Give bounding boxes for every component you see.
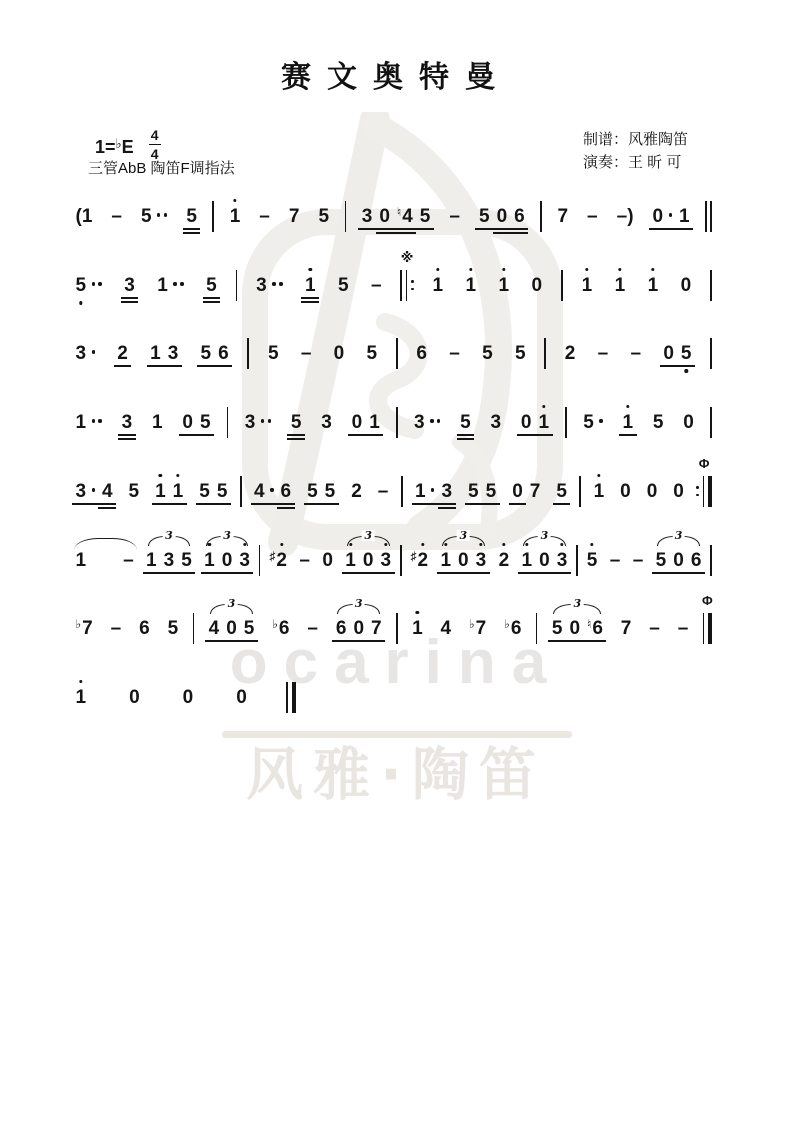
accidental-icon: ♭ xyxy=(469,617,475,631)
underline xyxy=(493,228,511,230)
note-group: 05 xyxy=(660,344,695,363)
barline-stroke xyxy=(708,476,712,507)
note-digit: – xyxy=(630,344,641,363)
barline-stroke xyxy=(286,682,288,713)
barline-stroke xyxy=(708,613,712,644)
note-digit: 0 xyxy=(352,413,363,432)
note-group-single: 7 xyxy=(285,207,303,226)
barline xyxy=(400,545,402,576)
note: – xyxy=(374,482,392,501)
note-group-single: 4 xyxy=(437,619,455,638)
note: 0 xyxy=(509,482,527,501)
note: 1 xyxy=(143,551,161,570)
note: 3 xyxy=(164,344,182,363)
note: 1 xyxy=(72,413,105,432)
note: – xyxy=(304,619,322,638)
score-line: 3213565–056–552––05 xyxy=(72,325,712,381)
note-group-single: – xyxy=(674,619,692,638)
underline xyxy=(393,228,416,230)
note-digit: 5 xyxy=(168,619,179,638)
note: – xyxy=(446,344,464,363)
note-group-single: 2 xyxy=(348,482,366,501)
note: ♮4 xyxy=(393,207,416,226)
underline xyxy=(201,572,219,574)
note-digit: 6 xyxy=(281,482,292,501)
aug-dot xyxy=(268,419,271,422)
note-digit: 1 xyxy=(648,276,659,295)
barline-stroke xyxy=(236,270,238,301)
aug-dot xyxy=(279,282,282,285)
note-digit: 1 xyxy=(522,551,533,570)
underline xyxy=(482,503,500,505)
note: 1 xyxy=(301,276,319,295)
note: 0 xyxy=(660,344,678,363)
note-group-single: 1 xyxy=(72,413,105,432)
note: 5 xyxy=(334,276,352,295)
underline xyxy=(342,572,360,574)
note-digit: 5 xyxy=(482,344,493,363)
accidental-icon: ♮ xyxy=(587,617,591,631)
note-digit: 5 xyxy=(318,207,329,226)
note-group-single: 1 xyxy=(578,276,596,295)
note-group-single: 5 xyxy=(479,344,497,363)
note-group-single: 5 xyxy=(183,207,201,226)
note-group-single: ♭6 xyxy=(269,619,293,638)
barline-stroke xyxy=(247,338,249,369)
note-group-single: 0 xyxy=(319,551,337,570)
note-group: 350♮6 xyxy=(548,619,606,638)
note-group-single: 0 xyxy=(179,688,197,707)
barline-stroke xyxy=(401,476,403,507)
note: 5 xyxy=(321,482,339,501)
note: 5 xyxy=(553,482,571,501)
aug-dot xyxy=(173,282,176,285)
octave-dot-high xyxy=(421,543,424,546)
note-group-single: 5 xyxy=(583,551,601,570)
note-digit: (1 xyxy=(76,207,93,226)
note: 6 xyxy=(215,344,233,363)
note: 5 xyxy=(511,344,529,363)
octave-dot-high xyxy=(233,199,236,202)
note-digit: 7 xyxy=(476,619,487,638)
note-digit: – xyxy=(649,619,660,638)
note-group-single: 0 xyxy=(330,344,348,363)
underline xyxy=(304,503,322,505)
note-digit: 0 xyxy=(222,551,233,570)
note: 4 xyxy=(98,482,116,501)
note-digit: 4 xyxy=(254,482,265,501)
barline-stroke xyxy=(345,201,347,232)
note: – xyxy=(367,276,385,295)
note-group-single: 5 xyxy=(164,619,182,638)
underline xyxy=(393,232,416,234)
underline xyxy=(368,640,386,642)
underline xyxy=(321,503,339,505)
note-digit: 5 xyxy=(129,482,140,501)
underline xyxy=(652,572,670,574)
note-group: 13 xyxy=(147,344,182,363)
underline xyxy=(518,572,536,574)
underline xyxy=(553,503,571,505)
note: – xyxy=(584,207,602,226)
note-digit: – xyxy=(259,207,270,226)
note-group-single: 2 xyxy=(114,344,132,363)
note-group-single: – xyxy=(107,619,125,638)
barline-stroke xyxy=(536,613,538,644)
note: 5 xyxy=(363,344,381,363)
barline-stroke xyxy=(710,270,712,301)
note: 5 xyxy=(479,344,497,363)
note-group-single: – xyxy=(627,344,645,363)
note-digit: 3 xyxy=(76,344,87,363)
note-digit: 5 xyxy=(199,482,210,501)
aug-dot xyxy=(180,282,183,285)
note: 3 xyxy=(253,276,286,295)
triplet-number: 3 xyxy=(163,530,176,541)
note-digit: 5 xyxy=(556,482,567,501)
slur xyxy=(74,538,137,550)
underline xyxy=(437,572,455,574)
note: ♭6 xyxy=(269,619,293,638)
accidental-icon: ♭ xyxy=(272,617,278,631)
octave-dot-high xyxy=(597,474,600,477)
note-group-single: 5 xyxy=(363,344,381,363)
note-digit: 5 xyxy=(338,276,349,295)
barline xyxy=(579,476,581,507)
note-group-single: 5 xyxy=(457,413,475,432)
note: ♯2 xyxy=(407,551,432,570)
note: 5 xyxy=(178,551,196,570)
underline xyxy=(475,228,493,230)
barline-stroke xyxy=(703,476,705,507)
note-group-single: – xyxy=(297,344,315,363)
note-group: 3506 xyxy=(652,551,705,570)
note-group-single: 2 xyxy=(561,344,579,363)
note-digit: 0 xyxy=(458,551,469,570)
note-digit: 2 xyxy=(417,551,428,570)
underline xyxy=(277,507,295,509)
note: –) xyxy=(613,207,637,226)
underline xyxy=(277,503,295,505)
note-group-single: 5 xyxy=(72,276,105,295)
underline xyxy=(377,572,395,574)
note-group: 07 xyxy=(509,482,544,501)
note: 1 xyxy=(149,413,167,432)
note: 1 xyxy=(366,413,384,432)
note-group-single: 3 xyxy=(318,413,336,432)
triplet-number: 3 xyxy=(571,598,584,609)
barline-stroke xyxy=(579,476,581,507)
note-digit: 0 xyxy=(681,276,692,295)
underline xyxy=(493,232,511,234)
note-group-single: 3 xyxy=(487,413,505,432)
note-digit: 0 xyxy=(663,344,674,363)
note-digit: 5 xyxy=(653,413,664,432)
note-digit: 1 xyxy=(679,207,690,226)
note: – xyxy=(297,344,315,363)
underline xyxy=(287,438,305,440)
triplet-number: 3 xyxy=(362,530,375,541)
triplet-number: 3 xyxy=(672,530,685,541)
note-digit: 0 xyxy=(512,482,523,501)
note-digit: – xyxy=(371,276,382,295)
note: 1 xyxy=(412,482,438,501)
note-digit: 0 xyxy=(673,551,684,570)
note-digit: 4 xyxy=(441,619,452,638)
note: 6 xyxy=(687,551,705,570)
note-digit: 2 xyxy=(351,482,362,501)
note-digit: 0 xyxy=(363,551,374,570)
score-line: (1–551–7530♮45–5067––)01 xyxy=(72,188,712,244)
note: 1 xyxy=(518,551,536,570)
coda-icon: Φ xyxy=(702,594,713,607)
note-group-single: 0 xyxy=(233,688,251,707)
note: 3 xyxy=(553,551,571,570)
note-group-single: – xyxy=(108,207,126,226)
note: 0 xyxy=(493,207,511,226)
note-digit: 1 xyxy=(538,413,549,432)
barline xyxy=(345,201,347,232)
note: 2 xyxy=(495,551,513,570)
barline xyxy=(240,476,242,507)
barline xyxy=(710,270,712,301)
note-digit: – xyxy=(123,551,134,570)
barline xyxy=(193,613,195,644)
note: 7 xyxy=(617,619,635,638)
note-group-single: – xyxy=(304,619,322,638)
underline xyxy=(218,572,236,574)
note-digit: 7 xyxy=(621,619,632,638)
barline xyxy=(259,545,261,576)
augmentation-dots xyxy=(88,482,95,501)
note-digit: 1 xyxy=(369,413,380,432)
augmentation-dots xyxy=(596,413,603,432)
note-digit: 1 xyxy=(157,276,168,295)
octave-dot-high xyxy=(651,268,654,271)
note-group: 01 xyxy=(348,413,383,432)
underline xyxy=(183,232,201,234)
note-digit: 4 xyxy=(209,619,220,638)
note: – xyxy=(627,344,645,363)
note-group-single: – xyxy=(606,551,624,570)
note-group-single: – xyxy=(446,344,464,363)
note-digit: 0 xyxy=(182,413,193,432)
score-line: 1310535301353015150 xyxy=(72,394,712,450)
note-group-single: 3 xyxy=(121,276,139,295)
note-digit: 3 xyxy=(164,551,175,570)
note-digit: 3 xyxy=(476,551,487,570)
note-digit: 5 xyxy=(420,207,431,226)
note-digit: 5 xyxy=(206,276,217,295)
barline xyxy=(710,407,712,438)
note-digit: 5 xyxy=(217,482,228,501)
note: (1 xyxy=(72,207,96,226)
note-digit: 5 xyxy=(486,482,497,501)
note: 0 xyxy=(649,207,675,226)
note-group: 3135 xyxy=(143,551,196,570)
octave-dot-high xyxy=(309,268,312,271)
aug-dot xyxy=(92,282,95,285)
underline xyxy=(121,301,139,303)
underline xyxy=(160,572,178,574)
note: ♭7 xyxy=(466,619,490,638)
note: 1 xyxy=(535,413,553,432)
note-digit: – xyxy=(307,619,318,638)
note-digit: 0 xyxy=(532,276,543,295)
note-digit: 1 xyxy=(345,551,356,570)
repeat-dots xyxy=(696,476,699,507)
note-digit: 0 xyxy=(322,551,333,570)
note-digit: – xyxy=(378,482,389,501)
octave-dot-high xyxy=(542,405,545,408)
note-group-single: (1 xyxy=(72,207,96,226)
underline xyxy=(376,232,394,234)
note: 5 xyxy=(197,344,215,363)
note: – xyxy=(606,551,624,570)
note-group-single: 7 xyxy=(554,207,572,226)
note: 0 xyxy=(643,482,661,501)
note-group-single: 1 xyxy=(429,276,447,295)
barline-stroke xyxy=(565,407,567,438)
note-group-single: 0 xyxy=(617,482,635,501)
score-line: 5315315–※11101110 xyxy=(72,257,712,313)
note-digit: 1 xyxy=(499,276,510,295)
note: 7 xyxy=(368,619,386,638)
note-digit: 1 xyxy=(623,413,634,432)
note-digit: 1 xyxy=(204,551,215,570)
note: 1 xyxy=(462,276,480,295)
note-digit: 3 xyxy=(122,413,133,432)
note: 5 xyxy=(72,276,105,295)
note-digit: –) xyxy=(617,207,634,226)
barline-stroke xyxy=(193,613,195,644)
note: 0 xyxy=(348,413,366,432)
note-group: 34 xyxy=(72,482,116,501)
note: 4 xyxy=(205,619,223,638)
note: 0 xyxy=(126,688,144,707)
underline xyxy=(143,572,161,574)
underline xyxy=(348,434,366,436)
note: 2 xyxy=(561,344,579,363)
note-group: 55 xyxy=(196,482,231,501)
note-digit: 3 xyxy=(321,413,332,432)
note-group: 506 xyxy=(475,207,528,226)
note: 5 xyxy=(416,207,434,226)
note: 7 xyxy=(526,482,544,501)
note: 1 xyxy=(578,276,596,295)
aug-dot xyxy=(92,419,95,422)
octave-dot-high xyxy=(618,268,621,271)
note-digit: 6 xyxy=(218,344,229,363)
underline xyxy=(98,507,116,509)
underline xyxy=(197,365,215,367)
note: 5 xyxy=(264,344,282,363)
coda-icon: Φ xyxy=(699,457,710,470)
note-digit: 1 xyxy=(305,276,316,295)
note: 5 xyxy=(475,207,493,226)
barline-stroke xyxy=(703,613,705,644)
note: 3 xyxy=(377,551,395,570)
note-group-single: 0 xyxy=(528,276,546,295)
note-group: 55 xyxy=(304,482,339,501)
note-digit: 1 xyxy=(76,551,87,570)
underline xyxy=(416,228,434,230)
note-digit: 3 xyxy=(557,551,568,570)
note-group-single: – xyxy=(594,344,612,363)
note-digit: 2 xyxy=(565,344,576,363)
note: 0 xyxy=(233,688,251,707)
octave-dot-high xyxy=(436,268,439,271)
note: 3 xyxy=(160,551,178,570)
barline-stroke xyxy=(396,338,398,369)
note: 7 xyxy=(285,207,303,226)
note-digit: 1 xyxy=(76,688,87,707)
note-digit: 6 xyxy=(514,207,525,226)
note: 3 xyxy=(121,276,139,295)
octave-dot-high xyxy=(176,474,179,477)
note-group-single: ♭7 xyxy=(466,619,490,638)
note-digit: – xyxy=(633,551,644,570)
underline xyxy=(178,572,196,574)
triplet-number: 3 xyxy=(225,598,238,609)
note-digit: 5 xyxy=(268,344,279,363)
underline xyxy=(301,297,319,299)
note-digit: 5 xyxy=(460,413,471,432)
note-digit: 5 xyxy=(141,207,152,226)
augmentation-dots xyxy=(427,413,441,432)
note-group-single: 6 xyxy=(136,619,154,638)
underline xyxy=(465,503,483,505)
aug-dot xyxy=(270,488,273,491)
note-digit: 5 xyxy=(583,413,594,432)
underline xyxy=(553,572,571,574)
note-group: 01 xyxy=(649,207,693,226)
note: 3 xyxy=(438,482,456,501)
note: 1 xyxy=(169,482,187,501)
repeat-dots xyxy=(411,270,414,301)
note-group-single: 0 xyxy=(670,482,688,501)
note: – xyxy=(107,619,125,638)
augmentation-dots xyxy=(428,482,435,501)
underline xyxy=(412,503,438,505)
note-digit: 3 xyxy=(256,276,267,295)
note: 1 xyxy=(154,276,187,295)
aug-dot xyxy=(92,350,95,353)
barline-stroke xyxy=(292,682,296,713)
score-line: 345115546552–13550751000Φ xyxy=(72,463,712,519)
note: 4 xyxy=(251,482,277,501)
note-digit: 0 xyxy=(353,619,364,638)
note-group: 13 xyxy=(412,482,456,501)
note-digit: 7 xyxy=(557,207,568,226)
note-digit: 6 xyxy=(511,619,522,638)
note: 1 xyxy=(409,619,427,638)
underline xyxy=(457,438,475,440)
note-digit: – xyxy=(111,619,122,638)
augmentation-dots xyxy=(88,276,102,295)
note-digit: 5 xyxy=(515,344,526,363)
note-group: 3103 xyxy=(342,551,395,570)
underline xyxy=(584,640,607,642)
note-digit: 0 xyxy=(226,619,237,638)
note: 4 xyxy=(437,619,455,638)
note: – xyxy=(674,619,692,638)
underline xyxy=(649,228,675,230)
note-digit: 5 xyxy=(244,619,255,638)
note-digit: 3 xyxy=(491,413,502,432)
barline-stroke xyxy=(710,201,712,232)
augmentation-dots xyxy=(88,413,102,432)
